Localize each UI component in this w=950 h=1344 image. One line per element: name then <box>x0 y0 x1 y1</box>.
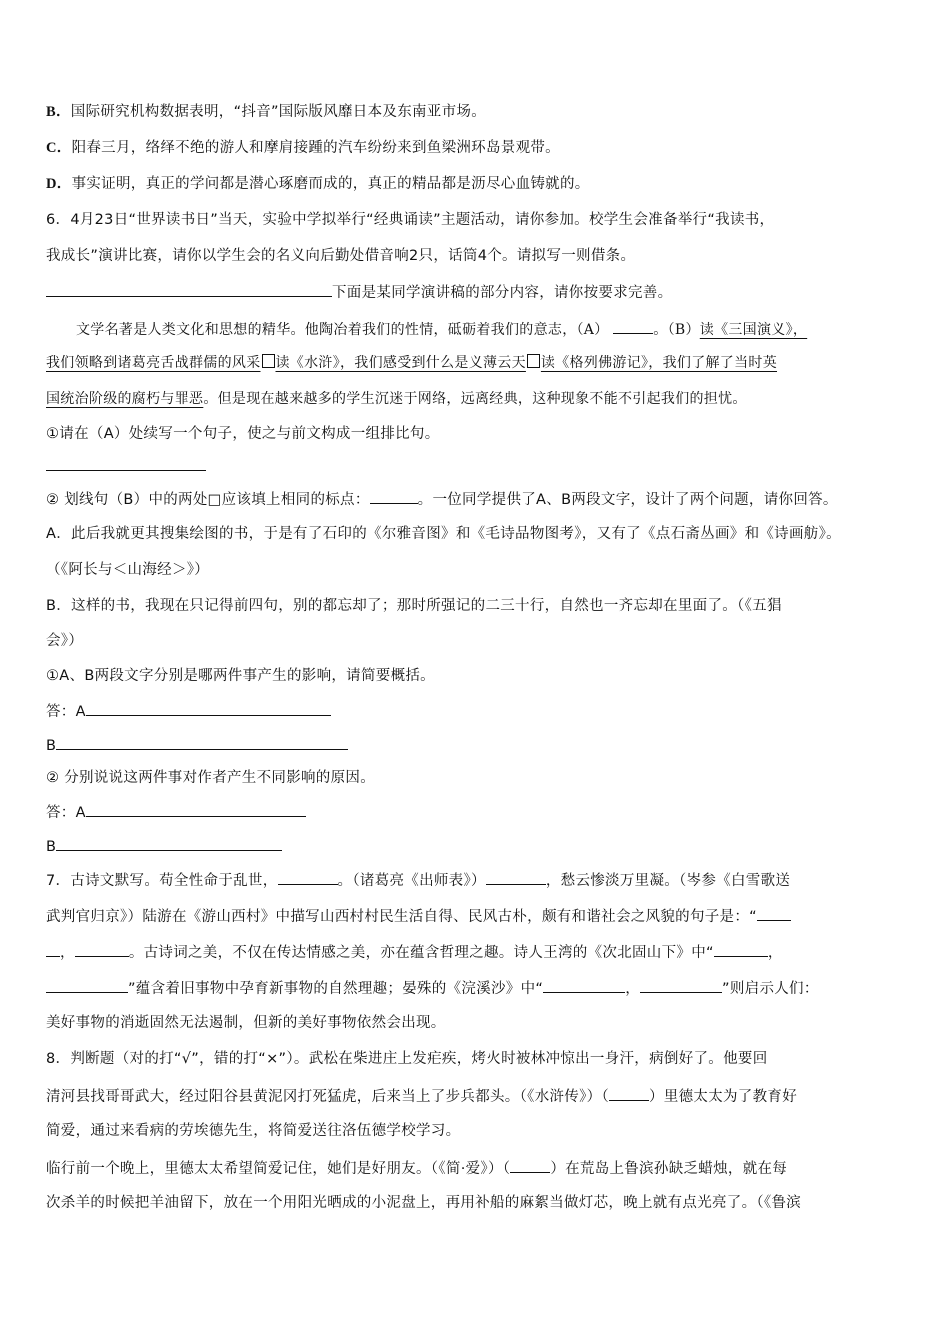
q6-sub1: ①请在（A）处续写一个句子，使之与前文构成一组排比句。 <box>46 424 440 444</box>
q8-text: ）里德太太为了教育好 <box>649 1089 797 1105</box>
option-text: 国际研究机构数据表明，“抖音”国际版风靡日本及东南亚市场。 <box>71 104 486 120</box>
answer-blank[interactable] <box>370 488 418 504</box>
passage-line1: 文学名著是人类文化和思想的精华。他陶冶着我们的性情，砥砺着我们的意志，（A） 。… <box>76 318 807 340</box>
answer1-b: B <box>46 734 348 756</box>
underlined-sentence-b: 我们领略到诸葛亮舌战群儒的风采 <box>46 355 261 371</box>
answer-blank[interactable] <box>543 977 625 993</box>
answer-label: B <box>46 738 56 754</box>
answer-blank[interactable] <box>75 941 129 957</box>
underlined-sentence-b: 读《水浒》，我们感受到什么是义薄云天 <box>276 355 526 371</box>
q6-prompt-line2: 我成长”演讲比赛，请你以学生会的名义向后勤处借音响2只，话筒4个。请拟写一则借条… <box>46 246 635 266</box>
q6-question2: ② 分别说说这两件事对作者产生不同影响的原因。 <box>46 768 375 788</box>
q8-line1: 8．判断题（对的打“√”，错的打“×”）。武松在柴进庄上发疟疾，烤火时被林冲惊出… <box>46 1049 768 1069</box>
answer-blank[interactable] <box>714 941 768 957</box>
q8-text: ）在荒岛上鲁滨孙缺乏蜡烛，就在每 <box>550 1161 787 1177</box>
q8-text: 临行前一个晚上，里德太太希望简爱记住，她们是好朋友。（《简·爱》）（ <box>46 1161 510 1177</box>
passage-text: 。（B） <box>653 322 700 338</box>
answer-blank[interactable] <box>757 905 791 921</box>
answer-label: 答：A <box>46 805 86 821</box>
q7-text: ”蕴含着旧事物中孕育新事物的自然理趣；晏殊的《浣溪沙》中“ <box>128 981 543 997</box>
answer-label: 答：A <box>46 704 86 720</box>
q8-line2: 清河县找哥哥武大，经过阳谷县黄泥冈打死猛虎，后来当上了步兵都头。（《水浒传》）（… <box>46 1085 797 1107</box>
q5-option-b: B．国际研究机构数据表明，“抖音”国际版风靡日本及东南亚市场。 <box>46 102 486 122</box>
q7-line2: 武判官归京》）陆游在《游山西村》中描写山西村村民生活自得、民风古朴，颇有和谐社会… <box>46 905 791 927</box>
answer-blank[interactable] <box>46 455 206 471</box>
answer-blank[interactable] <box>278 869 338 885</box>
q6-sub1-answer <box>46 455 206 477</box>
blank-a[interactable] <box>613 318 653 334</box>
text-a-source: （《阿长与＜山海经＞》） <box>46 560 209 580</box>
q7-text: 。（诸葛亮《出师表》） <box>338 873 486 889</box>
answer-blank[interactable] <box>486 869 546 885</box>
q5-option-c: C．阳春三月，络绎不绝的游人和摩肩接踵的汽车纷纷来到鱼梁洲环岛景观带。 <box>46 138 560 158</box>
option-label: B． <box>46 104 71 120</box>
q6-sub2: ② 划线句（B）中的两处□应该填上相同的标点：。一位同学提供了A、B两段文字，设… <box>46 488 838 510</box>
q6-sub2-text: ② 划线句（B）中的两处□应该填上相同的标点： <box>46 492 370 508</box>
option-text: 事实证明，真正的学问都是潜心琢磨而成的，真正的精品都是沥尽心血铸就的。 <box>72 176 590 192</box>
q7-line3: ，。古诗词之美，不仅在传达情感之美，亦在蕴含哲理之趣。诗人王湾的《次北固山下》中… <box>46 941 783 963</box>
q7-line4: ”蕴含着旧事物中孕育新事物的自然理趣；晏殊的《浣溪沙》中“，”则启示人们： <box>46 977 819 999</box>
q8-text: 清河县找哥哥武大，经过阳谷县黄泥冈打死猛虎，后来当上了步兵都头。（《水浒传》）（ <box>46 1089 609 1105</box>
option-label: C． <box>46 140 72 156</box>
answer-blank[interactable] <box>56 734 348 750</box>
answer-blank[interactable] <box>46 281 332 297</box>
answer-blank[interactable] <box>46 941 60 957</box>
punctuation-box[interactable] <box>527 354 540 368</box>
passage-line2: 我们领略到诸葛亮舌战群儒的风采读《水浒》，我们感受到什么是义薄云天读《格列佛游记… <box>46 353 777 373</box>
option-label: D． <box>46 176 72 192</box>
q7-text: 。古诗词之美，不仅在传达情感之美，亦在蕴含哲理之趣。诗人王湾的《次北固山下》中“ <box>129 945 714 961</box>
answer-blank[interactable] <box>86 801 306 817</box>
q8-line4: 临行前一个晚上，里德太太希望简爱记住，她们是好朋友。（《简·爱》）（）在荒岛上鲁… <box>46 1157 787 1179</box>
q6-question1: ①A、B两段文字分别是哪两件事产生的影响，请简要概括。 <box>46 666 435 686</box>
q8-line5: 次杀羊的时候把羊油留下，放在一个用阳光晒成的小泥盘上，再用补船的麻絮当做灯芯，晚… <box>46 1193 801 1213</box>
judgement-blank[interactable] <box>609 1085 649 1101</box>
q7-text: ， <box>60 945 75 961</box>
q7-text: 7．古诗文默写。苟全性命于乱世， <box>46 873 278 889</box>
passage-text: 文学名著是人类文化和思想的精华。他陶冶着我们的性情，砥砺着我们的意志，（A） <box>76 322 609 338</box>
answer-blank[interactable] <box>640 977 722 993</box>
q7-text: 武判官归京》）陆游在《游山西村》中描写山西村村民生活自得、民风古朴，颇有和谐社会… <box>46 909 757 925</box>
q8-line3: 简爱，通过来看病的劳埃德先生，将简爱送往洛伍德学校学习。 <box>46 1121 460 1141</box>
q7-line1: 7．古诗文默写。苟全性命于乱世，。（诸葛亮《出师表》），愁云惨淡万里凝。（岑参《… <box>46 869 790 891</box>
passage-text: 。但是现在越来越多的学生沉迷于网络，远离经典，这种现象不能不引起我们的担忧。 <box>203 391 746 407</box>
q6-prompt-line1: 6．4月23日“世界读书日”当天，实验中学拟举行“经典诵读”主题活动，请你参加。… <box>46 210 774 230</box>
underlined-sentence-b: 读《三国演义》， <box>700 322 807 338</box>
text-a: A．此后我就更其搜集绘图的书，于是有了石印的《尔雅音图》和《毛诗品物图考》，又有… <box>46 524 841 544</box>
text-b-line1: B．这样的书，我现在只记得前四句，别的都忘却了；那时所强记的二三十行，自然也一齐… <box>46 596 782 616</box>
text-b-line2: 会》） <box>46 631 83 651</box>
q7-text: ， <box>625 981 640 997</box>
answer-label: B <box>46 839 56 855</box>
answer-blank[interactable] <box>86 700 331 716</box>
answer-blank[interactable] <box>46 977 128 993</box>
underlined-sentence-b: 国统治阶级的腐朽与罪恶 <box>46 391 203 407</box>
option-text: 阳春三月，络绎不绝的游人和摩肩接踵的汽车纷纷来到鱼梁洲环岛景观带。 <box>72 140 560 156</box>
q6-sub2-text: 。一位同学提供了A、B两段文字，设计了两个问题，请你回答。 <box>418 492 838 508</box>
q7-line5: 美好事物的消逝固然无法遏制，但新的美好事物依然会出现。 <box>46 1013 446 1033</box>
underlined-sentence-b: 读《格列佛游记》，我们了解了当时英 <box>541 355 777 371</box>
q7-text: ，愁云惨淡万里凝。（岑参《白雪歌送 <box>546 873 790 889</box>
q6-instruction: 下面是某同学演讲稿的部分内容，请你按要求完善。 <box>332 285 672 301</box>
answer1-a: 答：A <box>46 700 331 722</box>
q7-text: ， <box>768 945 783 961</box>
q5-option-d: D．事实证明，真正的学问都是潜心琢磨而成的，真正的精品都是沥尽心血铸就的。 <box>46 174 590 194</box>
q6-prompt-line3: 下面是某同学演讲稿的部分内容，请你按要求完善。 <box>46 281 672 303</box>
passage-line3: 国统治阶级的腐朽与罪恶。但是现在越来越多的学生沉迷于网络，远离经典，这种现象不能… <box>46 389 747 409</box>
answer-blank[interactable] <box>56 835 282 851</box>
judgement-blank[interactable] <box>510 1157 550 1173</box>
answer2-b: B <box>46 835 282 857</box>
q7-text: ”则启示人们： <box>722 981 819 997</box>
answer2-a: 答：A <box>46 801 306 823</box>
punctuation-box[interactable] <box>262 354 275 368</box>
